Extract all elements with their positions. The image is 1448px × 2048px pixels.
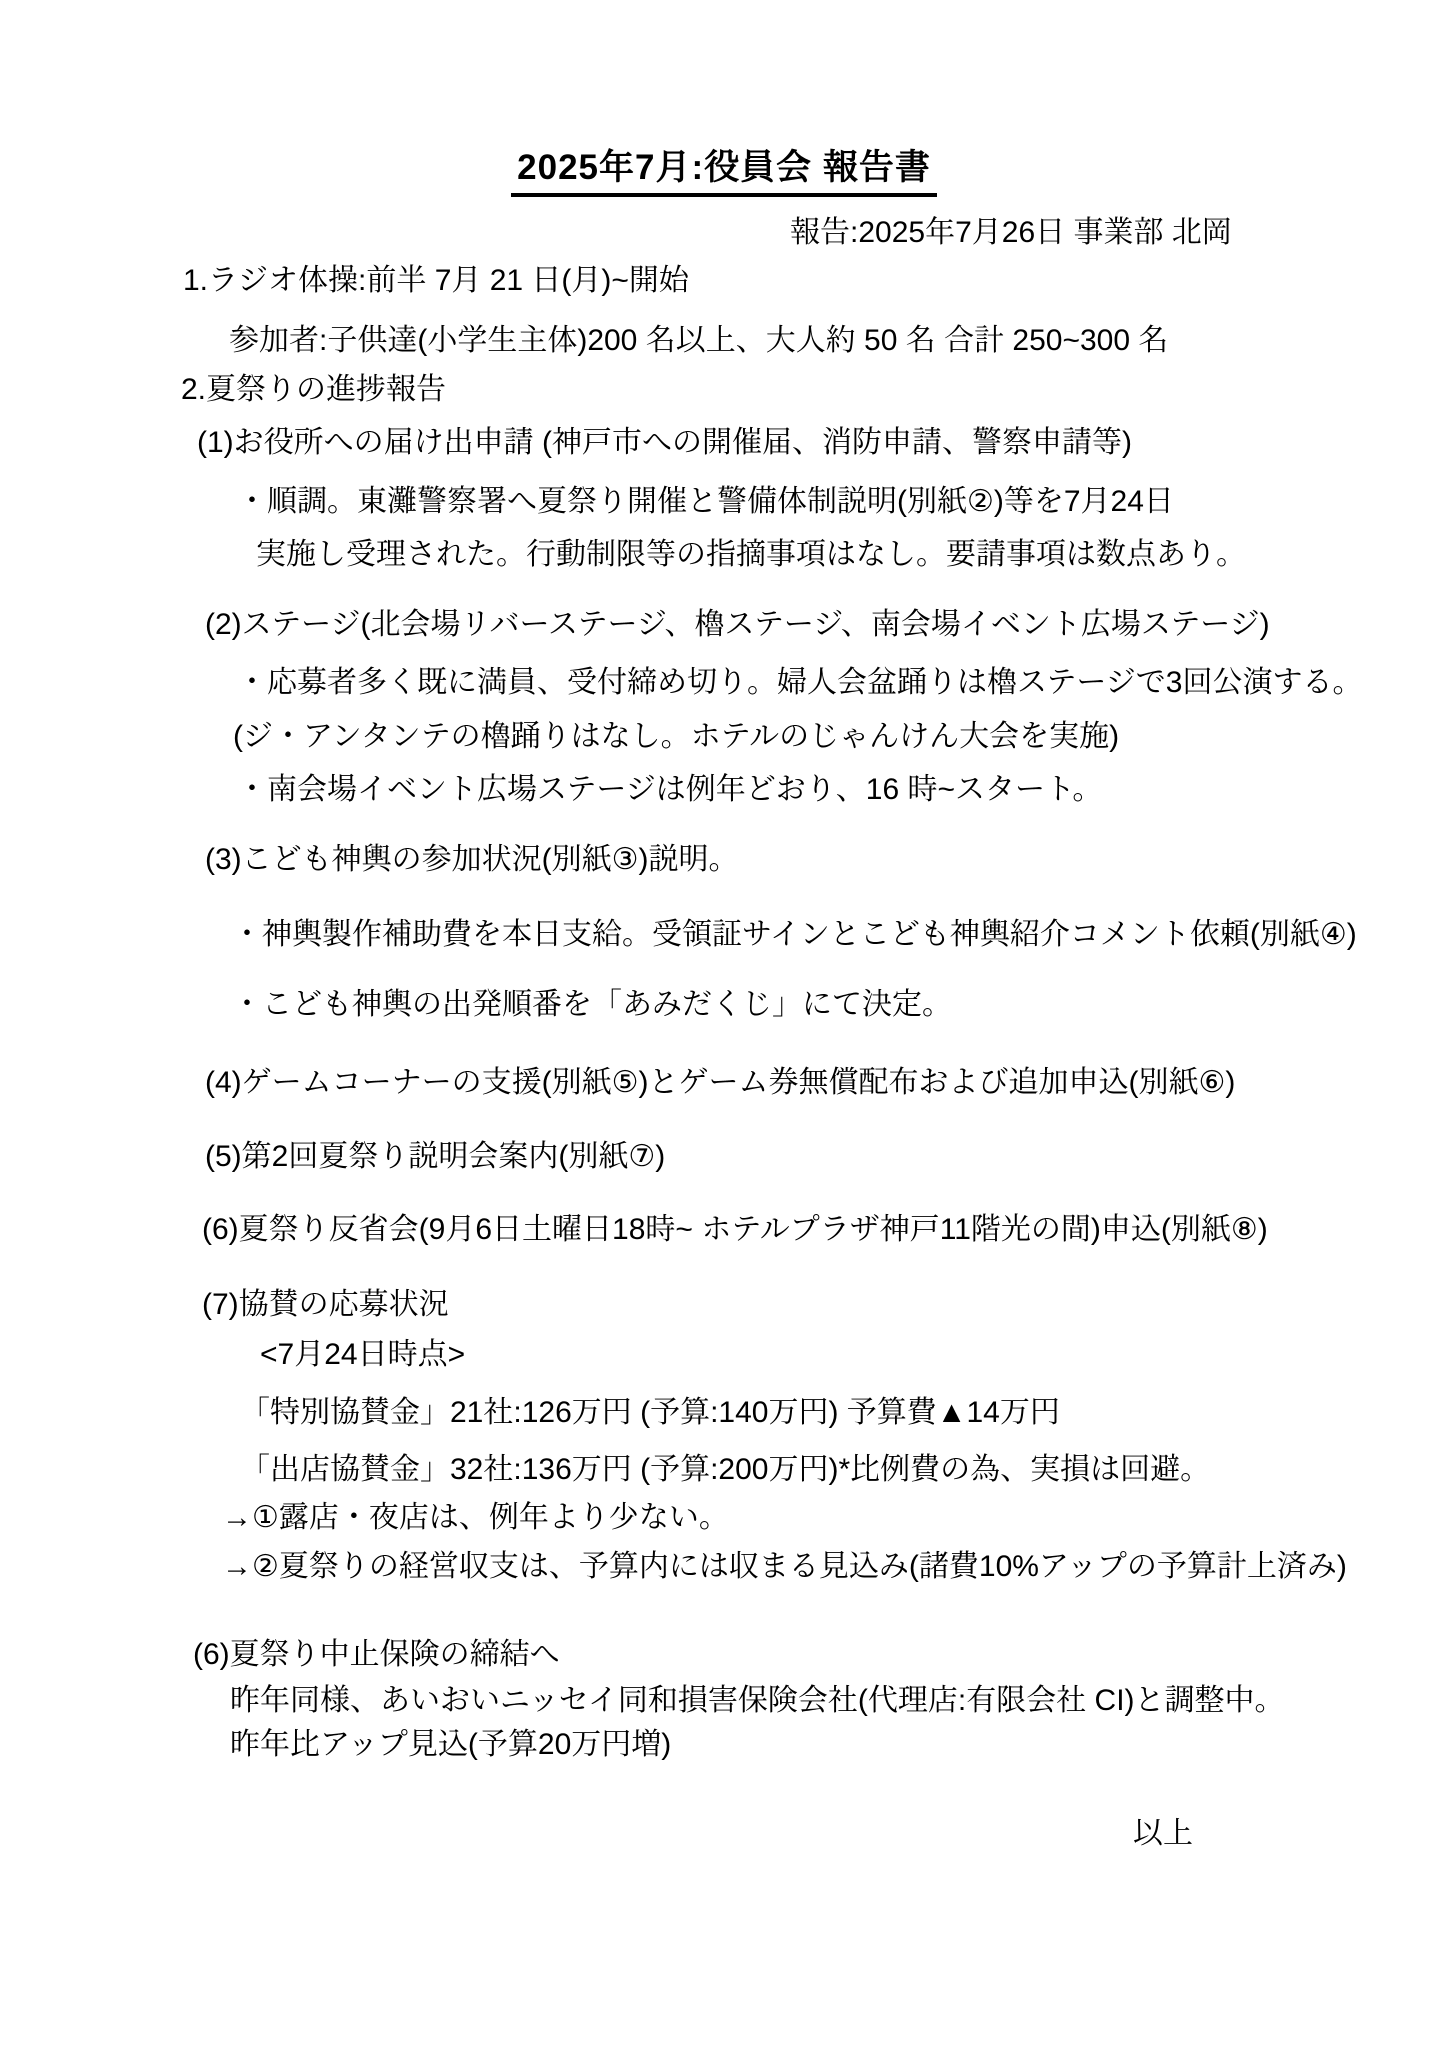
sponsorship-note-1: →①露店・夜店は、例年より少ない。 [222, 1500, 729, 1536]
applications-bullet-continuation: 実施し受理された。行動制限等の指摘事項はなし。要請事項は数点あり。 [256, 537, 1246, 573]
sponsorship-shop-line: 「出店協賛金」32社:136万円 (予算:200万円)*比例費の為、実損は回避。 [240, 1452, 1210, 1488]
sponsorship-special-line: 「特別協賛金」21社:126万円 (予算:140万円) 予算費▲14万円 [240, 1395, 1060, 1431]
insurance-detail-1: 昨年同様、あいおいニッセイ同和損害保険会社(代理店:有限会社 CI)と調整中。 [230, 1683, 1285, 1719]
sponsorship-heading: (7)協賛の応募状況 [202, 1287, 449, 1323]
closing-statement: 以上 [1133, 1816, 1193, 1852]
page-title-text: 2025年7月:役員会 報告書 [511, 140, 937, 197]
applications-heading: (1)お役所への届け出申請 (神戸市への開催届、消防申請、警察申請等) [197, 425, 1132, 461]
review-meeting-heading: (6)夏祭り反省会(9月6日土曜日18時~ ホテルプラザ神戸11階光の間)申込(… [202, 1212, 1268, 1248]
briefing-heading: (5)第2回夏祭り説明会案内(別紙⑦) [205, 1139, 665, 1175]
section-2-heading: 2.夏祭りの進捗報告 [181, 372, 446, 408]
mikoshi-heading: (3)こども神輿の参加状況(別紙③)説明。 [205, 842, 739, 878]
mikoshi-bullet-2: ・こども神輿の出発順番を「あみだくじ」にて決定。 [232, 987, 952, 1023]
page-title: 2025年7月:役員会 報告書 [0, 140, 1448, 197]
mikoshi-bullet-1: ・神輿製作補助費を本日支給。受領証サインとこども神輿紹介コメント依頼(別紙④) [232, 917, 1357, 953]
stage-bullet-1: ・応募者多く既に満員、受付締め切り。婦人会盆踊りは櫓ステージで3回公演する。 [237, 665, 1362, 701]
report-document-page: 2025年7月:役員会 報告書 報告:2025年7月26日 事業部 北岡 1.ラ… [0, 0, 1448, 2048]
game-corner-heading: (4)ゲームコーナーの支援(別紙⑤)とゲーム券無償配布および追加申込(別紙⑥) [205, 1065, 1235, 1101]
insurance-heading: (6)夏祭り中止保険の締結へ [193, 1637, 560, 1673]
sponsorship-as-of-date: <7月24日時点> [260, 1337, 465, 1373]
stage-note: (ジ・アンタンテの櫓踊りはなし。ホテルのじゃんけん大会を実施) [233, 719, 1119, 755]
report-byline: 報告:2025年7月26日 事業部 北岡 [790, 215, 1232, 251]
section-1-heading: 1.ラジオ体操:前半 7月 21 日(月)~開始 [183, 263, 689, 299]
stage-bullet-2: ・南会場イベント広場ステージは例年どおり、16 時~スタート。 [237, 772, 1102, 808]
stage-heading: (2)ステージ(北会場リバーステージ、櫓ステージ、南会場イベント広場ステージ) [205, 607, 1270, 643]
section-1-participants: 参加者:子供達(小学生主体)200 名以上、大人約 50 名 合計 250~30… [229, 323, 1168, 359]
sponsorship-note-2: →②夏祭りの経営収支は、予算内には収まる見込み(諸費10%アップの予算計上済み) [222, 1549, 1347, 1585]
applications-bullet: ・順調。東灘警察署へ夏祭り開催と警備体制説明(別紙②)等を7月24日 [237, 484, 1174, 520]
insurance-detail-2: 昨年比アップ見込(予算20万円増) [230, 1727, 671, 1763]
